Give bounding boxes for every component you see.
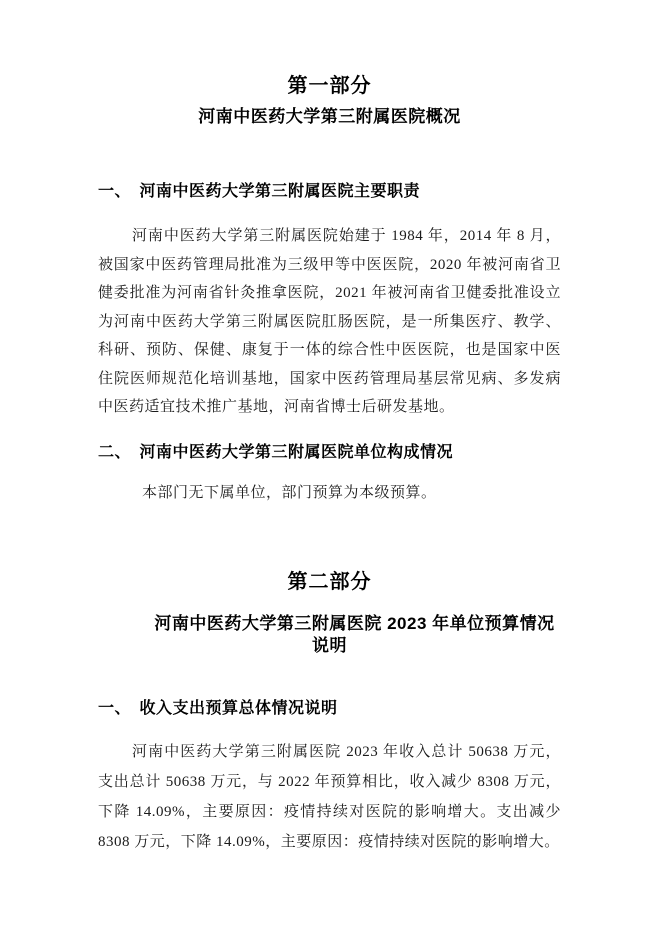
part-two-subtitle: 河南中医药大学第三附属医院 2023 年单位预算情况说明 xyxy=(98,613,561,657)
paragraph-line: 支出总计 50638 万元，与 2022 年预算相比，收入减少 8308 万元， xyxy=(98,767,561,797)
part-one-title: 第一部分 xyxy=(98,74,561,98)
paragraph-line: 河南中医药大学第三附属医院 2023 年收入总计 50638 万元， xyxy=(98,737,561,767)
paragraph-line: 科研、预防、保健、康复于一体的综合性中医医院，也是国家中医 xyxy=(98,336,561,365)
budget-overview-paragraph: 河南中医药大学第三附属医院 2023 年收入总计 50638 万元， 支出总计 … xyxy=(98,737,561,857)
part-one-subtitle: 河南中医药大学第三附属医院概况 xyxy=(98,106,561,128)
paragraph-line: 为河南中医药大学第三附属医院肛肠医院，是一所集医疗、教学、 xyxy=(98,308,561,337)
paragraph-line: 中医药适宜技术推广基地，河南省博士后研发基地。 xyxy=(98,393,561,422)
paragraph-line: 8308 万元，下降 14.09%，主要原因：疫情持续对医院的影响增大。 xyxy=(98,827,561,857)
section-heading-budget-overview: 一、 收入支出预算总体情况说明 xyxy=(98,699,561,719)
paragraph-line: 住院医师规范化培训基地，国家中医药管理局基层常见病、多发病 xyxy=(98,365,561,394)
unit-composition-paragraph: 本部门无下属单位，部门预算为本级预算。 xyxy=(98,483,561,503)
document-page: 第一部分 河南中医药大学第三附属医院概况 一、 河南中医药大学第三附属医院主要职… xyxy=(0,0,666,940)
section-heading-main-duties: 一、 河南中医药大学第三附属医院主要职责 xyxy=(98,182,561,202)
paragraph-line: 下降 14.09%，主要原因：疫情持续对医院的影响增大。支出减少 xyxy=(98,797,561,827)
paragraph-line: 被国家中医药管理局批准为三级甲等中医医院，2020 年被河南省卫 xyxy=(98,251,561,280)
paragraph-line: 健委批准为河南省针灸推拿医院，2021 年被河南省卫健委批准设立 xyxy=(98,279,561,308)
paragraph-line: 河南中医药大学第三附属医院始建于 1984 年，2014 年 8 月， xyxy=(98,222,561,251)
part-two-title: 第二部分 xyxy=(98,570,561,594)
main-duties-paragraph: 河南中医药大学第三附属医院始建于 1984 年，2014 年 8 月， 被国家中… xyxy=(98,222,561,422)
section-heading-unit-composition: 二、 河南中医药大学第三附属医院单位构成情况 xyxy=(98,443,561,463)
